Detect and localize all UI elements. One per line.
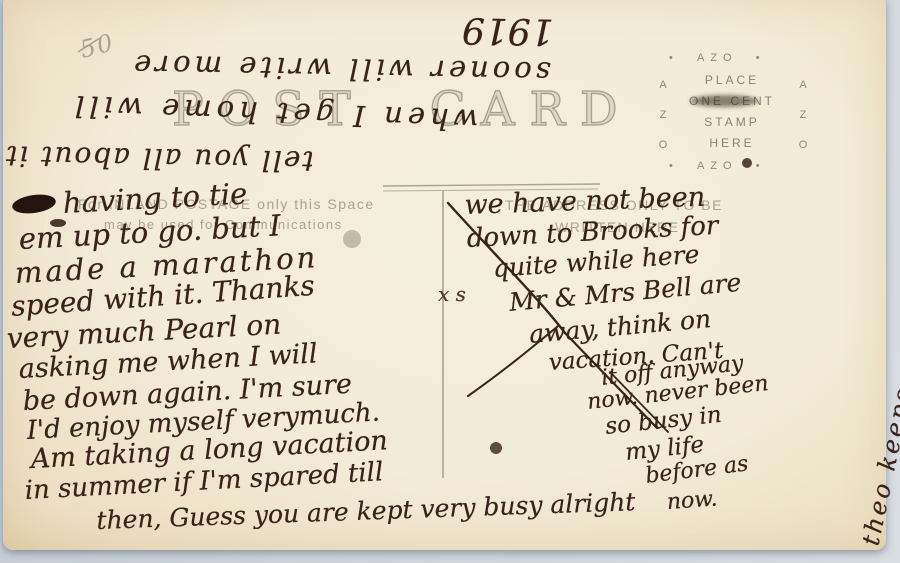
stamp-line-here: HERE (682, 133, 782, 154)
stamp-line-place: PLACE (682, 70, 782, 91)
stamp-box-left-column: AZO (657, 70, 669, 160)
handwriting-cross-mark: x s (438, 282, 466, 306)
stamp-box-right-column: AZO (797, 70, 809, 160)
stamp-line-one-cent: ONE CENT (682, 91, 782, 112)
handwriting-inverted-line-1: 1919 (462, 9, 554, 52)
stamp-box-top-row: • AZO • (669, 52, 766, 64)
stamp-box-bottom-row: • AZO • (669, 160, 766, 172)
handwriting-right-line-12: now. (666, 486, 718, 514)
ink-smudge-on-one-cent (690, 95, 758, 107)
postcard-scan: { "document_type": "vintage postcard bac… (0, 0, 900, 563)
stamp-line-stamp: STAMP (682, 112, 782, 133)
stamp-box: • AZO • • AZO • AZO AZO PLACE ONE CENT S… (657, 52, 807, 178)
handwriting-inverted-line-4: tell you all about it (4, 139, 314, 177)
stamp-box-instructions: PLACE ONE CENT STAMP HERE (682, 70, 782, 154)
